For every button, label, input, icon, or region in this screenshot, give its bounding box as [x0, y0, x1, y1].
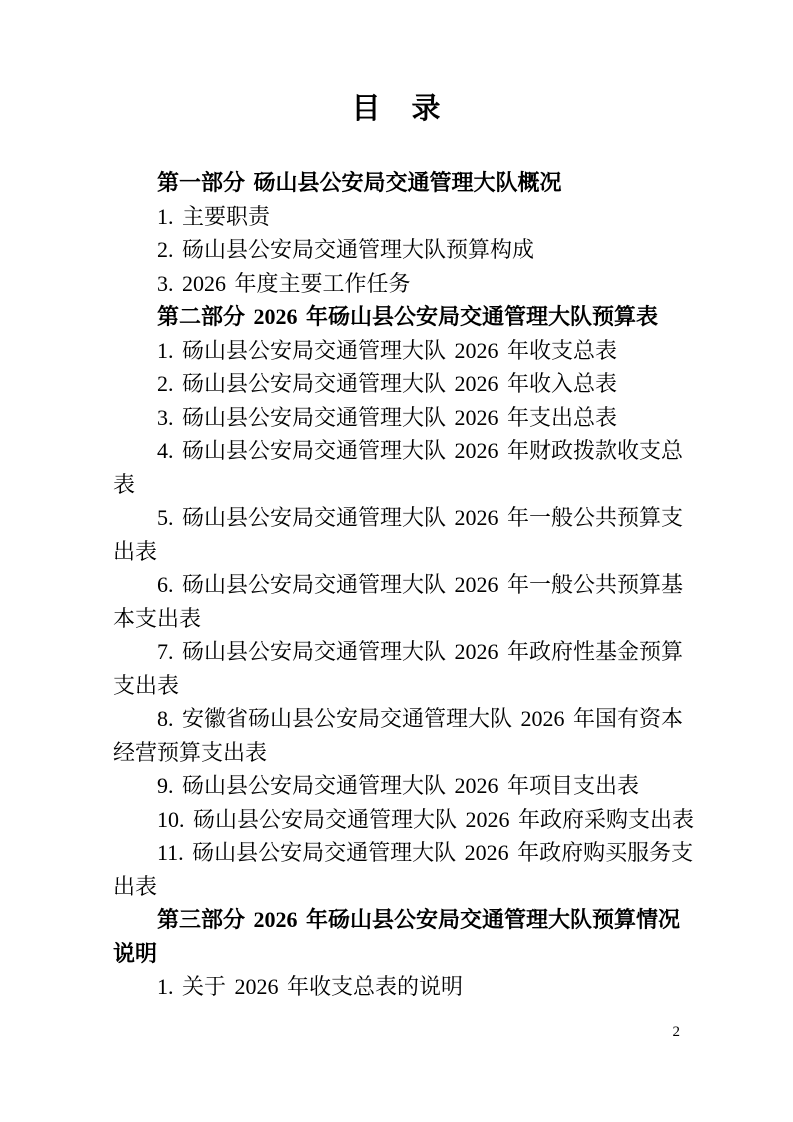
toc-item: 1. 主要职责: [113, 200, 699, 234]
toc-item: 1. 关于 2026 年收支总表的说明: [113, 970, 699, 1004]
toc-item: 8. 安徽省砀山县公安局交通管理大队 2026 年国有资本经营预算支出表: [113, 702, 699, 769]
toc-section-heading-1: 第一部分 砀山县公安局交通管理大队概况: [113, 166, 699, 200]
toc-item: 1. 砀山县公安局交通管理大队 2026 年收支总表: [113, 334, 699, 368]
toc-section-heading-3: 第三部分 2026 年砀山县公安局交通管理大队预算情况说明: [113, 903, 699, 970]
toc-section-heading-2: 第二部分 2026 年砀山县公安局交通管理大队预算表: [113, 300, 699, 334]
toc-item: 5. 砀山县公安局交通管理大队 2026 年一般公共预算支出表: [113, 501, 699, 568]
page-number: 2: [0, 1023, 680, 1041]
page-title: 目 录: [0, 94, 793, 126]
table-of-contents: 第一部分 砀山县公安局交通管理大队概况 1. 主要职责 2. 砀山县公安局交通管…: [113, 166, 699, 1004]
toc-item: 2. 砀山县公安局交通管理大队 2026 年收入总表: [113, 367, 699, 401]
toc-item: 11. 砀山县公安局交通管理大队 2026 年政府购买服务支出表: [113, 836, 699, 903]
toc-item: 4. 砀山县公安局交通管理大队 2026 年财政拨款收支总表: [113, 434, 699, 501]
toc-item: 9. 砀山县公安局交通管理大队 2026 年项目支出表: [113, 769, 699, 803]
toc-item: 10. 砀山县公安局交通管理大队 2026 年政府采购支出表: [113, 803, 699, 837]
toc-item: 3. 2026 年度主要工作任务: [113, 267, 699, 301]
document-page: 目 录 第一部分 砀山县公安局交通管理大队概况 1. 主要职责 2. 砀山县公安…: [0, 0, 793, 1122]
toc-item: 6. 砀山县公安局交通管理大队 2026 年一般公共预算基本支出表: [113, 568, 699, 635]
toc-item: 3. 砀山县公安局交通管理大队 2026 年支出总表: [113, 401, 699, 435]
toc-item: 2. 砀山县公安局交通管理大队预算构成: [113, 233, 699, 267]
toc-item: 7. 砀山县公安局交通管理大队 2026 年政府性基金预算支出表: [113, 635, 699, 702]
